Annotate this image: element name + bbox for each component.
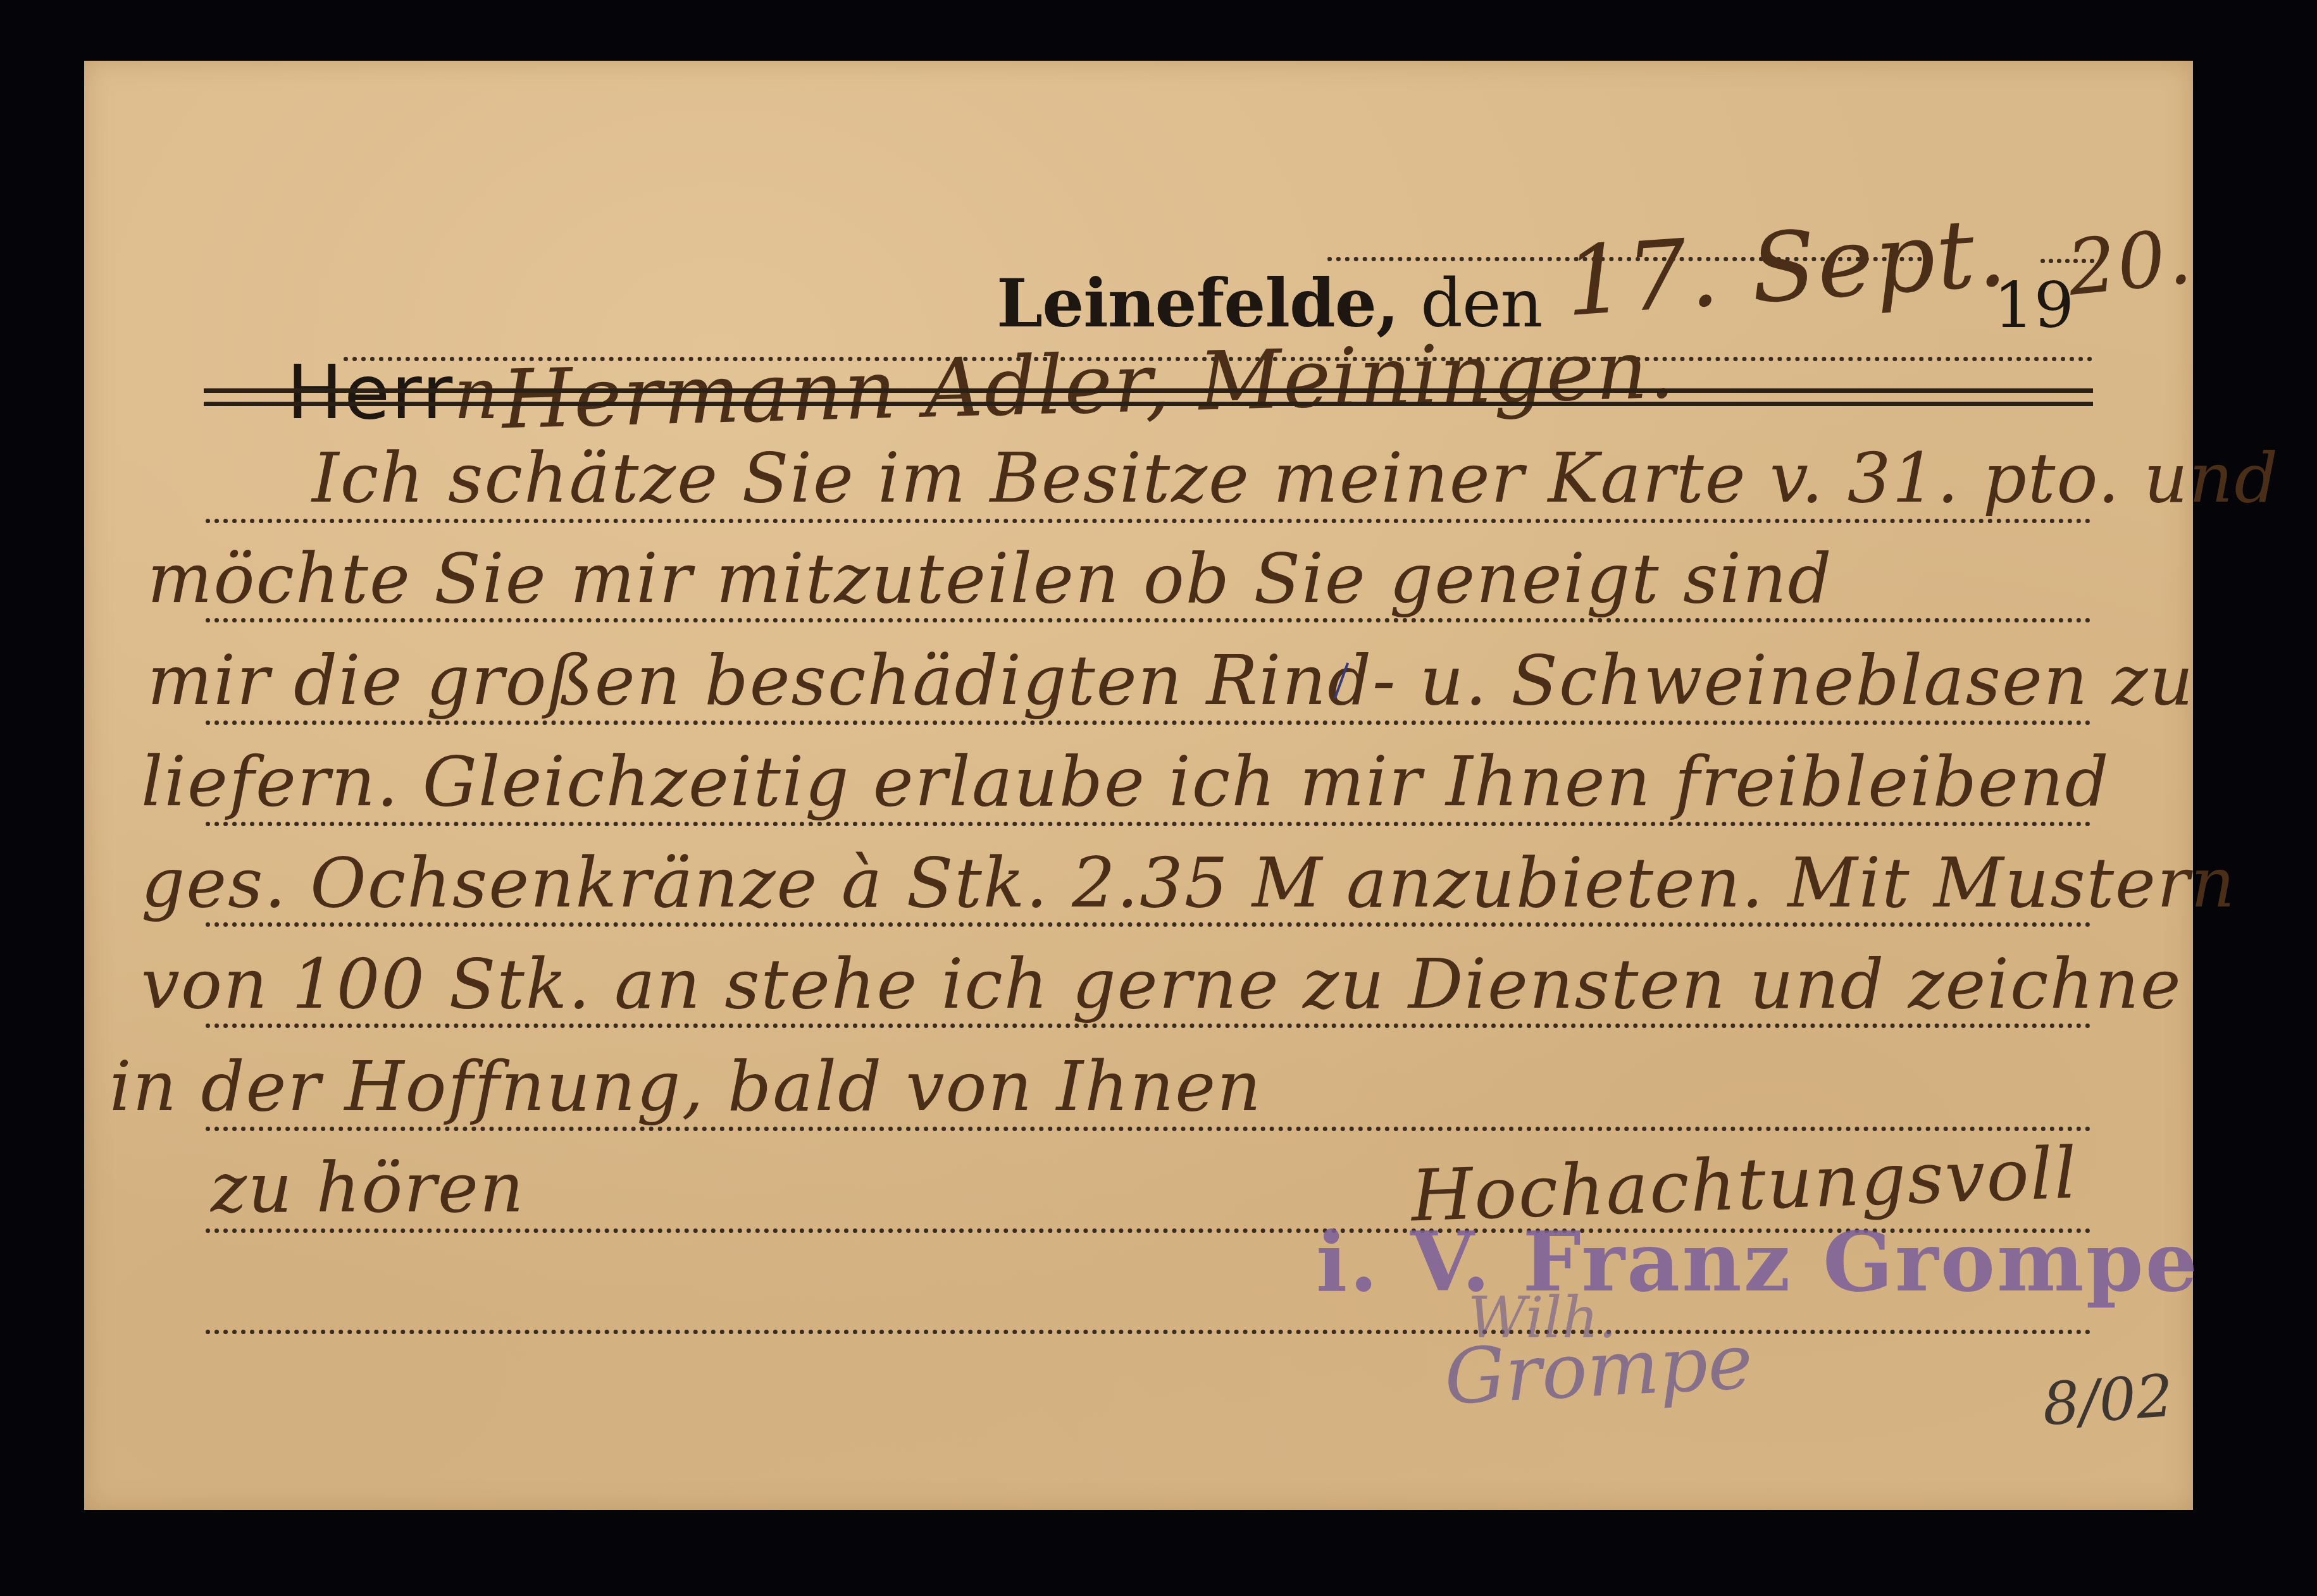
body-text-line: mir die großen beschädigten Rind- u. Sch… bbox=[147, 641, 2194, 721]
addressee: Hermann Adler, Meiningen. bbox=[500, 323, 1677, 448]
body-text-line: liefern. Gleichzeitig erlaube ich mir Ih… bbox=[141, 743, 2110, 822]
body-text-line: ges. Ochsenkränze à Stk. 2.35 M anzubiet… bbox=[141, 844, 2236, 923]
postcard: Leinefelde, den 19 17. Sept. 20. Herrn H… bbox=[84, 61, 2193, 1510]
body-text-line: von 100 Stk. an stehe ich gerne zu Diens… bbox=[141, 945, 2182, 1024]
body-line-rule bbox=[206, 1127, 2091, 1131]
body-line-rule bbox=[206, 822, 2091, 826]
body-line-rule bbox=[206, 1024, 2091, 1028]
body-line-rule bbox=[206, 618, 2091, 622]
company-stamp: i. V. Franz Grompe bbox=[1316, 1213, 2199, 1310]
body-line-rule bbox=[206, 519, 2091, 523]
body-text-line: möchte Sie mir mitzuteilen ob Sie geneig… bbox=[147, 540, 1833, 619]
header-rule-top bbox=[204, 388, 2093, 393]
header-rule-bottom bbox=[204, 402, 2093, 406]
handwritten-date: 17. Sept. bbox=[1562, 197, 2011, 338]
body-text-line: zu hören bbox=[211, 1149, 525, 1228]
body-text-line: in der Hoffnung, bald von Ihnen bbox=[109, 1048, 1262, 1127]
body-text-line: Ich schätze Sie im Besitze meiner Karte … bbox=[312, 439, 2279, 518]
place-name: Leinefelde, bbox=[997, 264, 1398, 342]
body-line-rule bbox=[206, 1330, 2091, 1334]
addressee-suffix: n bbox=[454, 354, 500, 435]
handwritten-year: 20. bbox=[2063, 213, 2196, 313]
body-line-rule bbox=[206, 922, 2091, 927]
body-line-rule bbox=[206, 721, 2091, 725]
signature: Grompe bbox=[1443, 1318, 1755, 1421]
reference-note: 8/02 bbox=[2041, 1362, 2176, 1438]
